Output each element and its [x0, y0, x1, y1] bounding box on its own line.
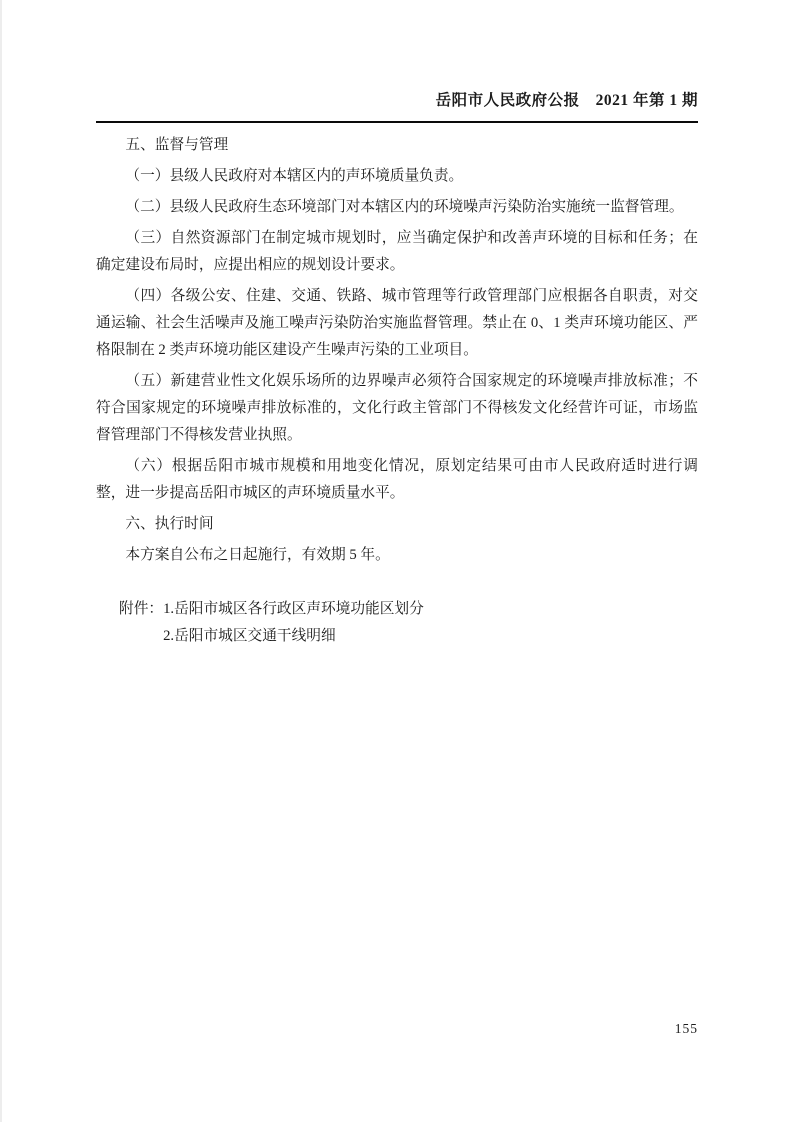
document-page: 岳阳市人民政府公报 2021 年第 1 期 五、监督与管理 （一）县级人民政府对…	[0, 0, 793, 1122]
page-content-area: 岳阳市人民政府公报 2021 年第 1 期 五、监督与管理 （一）县级人民政府对…	[0, 0, 793, 650]
paragraph-item-1: （一）县级人民政府对本辖区内的声环境质量负责。	[96, 163, 698, 190]
paragraph-item-2: （二）县级人民政府生态环境部门对本辖区内的环境噪声污染防治实施统一监督管理。	[96, 194, 698, 221]
gazette-title: 岳阳市人民政府公报 2021 年第 1 期	[96, 92, 698, 111]
page-number: 155	[675, 1021, 698, 1037]
attachments-list: 1.岳阳市城区各行政区声环境功能区划分 2.岳阳市城区交通干线明细	[163, 596, 698, 650]
document-body: 五、监督与管理 （一）县级人民政府对本辖区内的声环境质量负责。 （二）县级人民政…	[96, 132, 698, 650]
page-left-edge	[0, 0, 2, 1122]
attachment-item-2: 2.岳阳市城区交通干线明细	[163, 623, 698, 650]
section-heading-supervision: 五、监督与管理	[96, 132, 698, 159]
paragraph-item-6: （六）根据岳阳市城市规模和用地变化情况，原划定结果可由市人民政府适时进行调整，进…	[96, 453, 698, 507]
paragraph-item-4: （四）各级公安、住建、交通、铁路、城市管理等行政管理部门应根据各自职责，对交通运…	[96, 283, 698, 364]
page-header: 岳阳市人民政府公报 2021 年第 1 期	[96, 92, 698, 123]
paragraph-item-5: （五）新建营业性文化娱乐场所的边界噪声必须符合国家规定的环境噪声排放标准；不符合…	[96, 368, 698, 449]
paragraph-item-3: （三）自然资源部门在制定城市规划时，应当确定保护和改善声环境的目标和任务；在确定…	[96, 225, 698, 279]
attachments-block: 附件： 1.岳阳市城区各行政区声环境功能区划分 2.岳阳市城区交通干线明细	[96, 596, 698, 650]
attachments-label: 附件：	[119, 596, 163, 650]
paragraph-effective-period: 本方案自公布之日起施行，有效期 5 年。	[96, 542, 698, 569]
attachment-item-1: 1.岳阳市城区各行政区声环境功能区划分	[163, 596, 698, 623]
section-heading-execution: 六、执行时间	[96, 511, 698, 538]
